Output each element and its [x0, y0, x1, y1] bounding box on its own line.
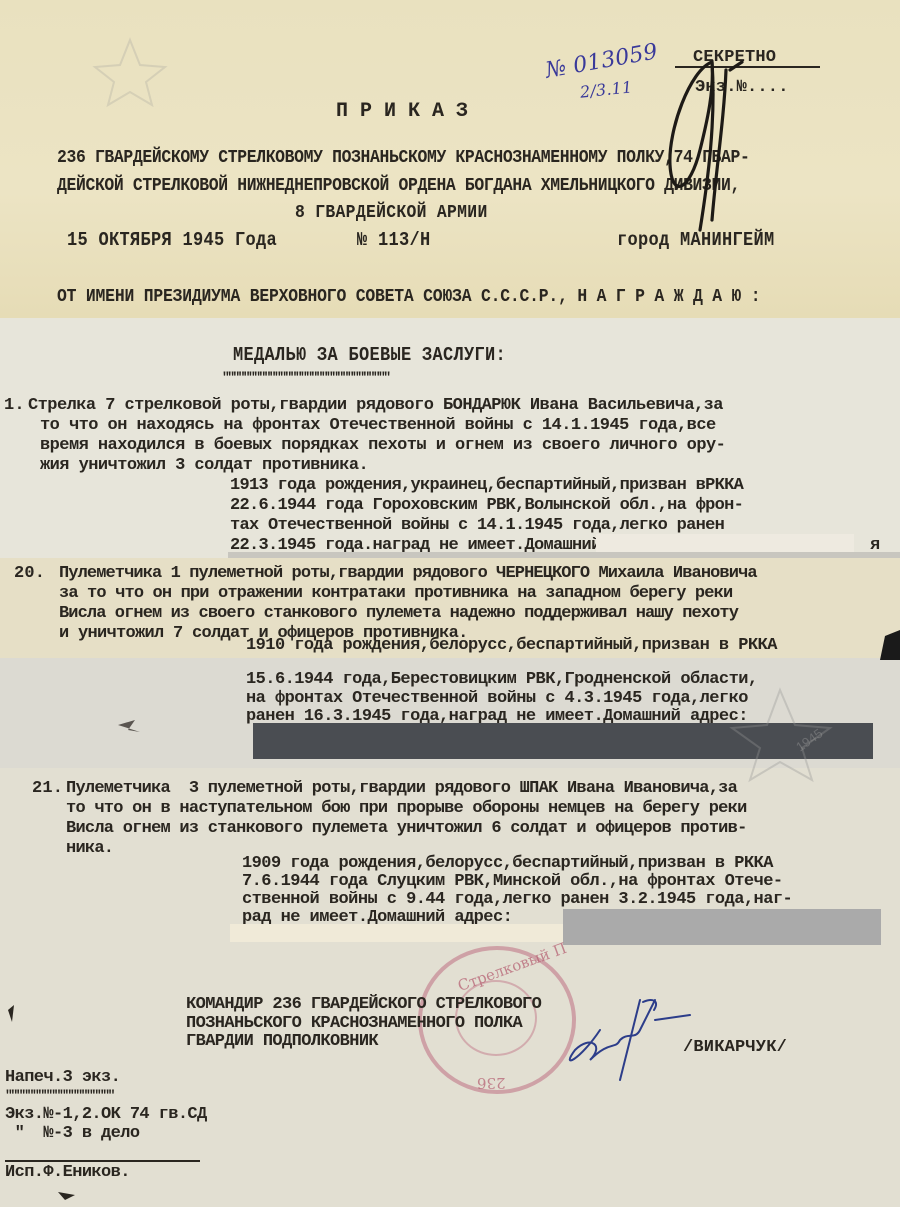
- unit-line-3: 8 ГВАРДЕЙСКОЙ АРМИИ: [295, 201, 488, 224]
- signature-line-2: ПОЗНАНЬСКОГО КРАСНОЗНАМЕННОГО ПОЛКА: [186, 1014, 522, 1034]
- unit-line-2: ДЕЙСКОЙ СТРЕЛКОВОЙ НИЖНЕДНЕПРОВСКОЙ ОРДЕ…: [57, 174, 740, 197]
- entry-citation-line: время находился в боевых порядках пехоты…: [40, 436, 725, 456]
- unit-line-1: 236 ГВАРДЕЙСКОМУ СТРЕЛКОВОМУ ПОЗНАНЬСКОМ…: [57, 146, 749, 169]
- entry-citation-line: то что он в наступательном бою при проры…: [66, 799, 747, 819]
- entry-bio-line: 1910 года рождения,белорусс,беспартийный…: [246, 636, 777, 656]
- printed-copies: Напеч.3 экз.: [5, 1068, 120, 1088]
- medal-heading: МЕДАЛЬЮ ЗА БОЕВЫЕ ЗАСЛУГИ:: [233, 345, 506, 368]
- printed-underline: """""""""""""""""""": [5, 1086, 113, 1106]
- entry-citation-line: Висла огнем из станкового пулемета уничт…: [66, 819, 747, 839]
- medal-heading-underline: """""""""""""""""""""""""""""""": [222, 368, 388, 388]
- entry-bio-line: 15.6.1944 года,Берестовицким РВК,Гроднен…: [246, 670, 758, 690]
- redacted-address: [230, 924, 570, 942]
- entry-bio-line: тах Отечественной войны с 14.1.1945 года…: [230, 516, 724, 536]
- copy-number: Экз.№....: [695, 78, 789, 98]
- entry-bio-line: ственной войны с 9.44 года,легко ранен 3…: [242, 890, 792, 910]
- order-city: город МАНИНГЕЙМ: [617, 230, 775, 253]
- redacted-address: [563, 909, 881, 945]
- document-title: ПРИКАЗ: [336, 102, 480, 122]
- order-number: № 113/Н: [357, 230, 431, 253]
- footer-rule: [5, 1160, 200, 1162]
- entry-citation-line: жия уничтожил 3 солдат противника.: [40, 456, 368, 476]
- entry-citation-line: Висла огнем из своего станкового пулемет…: [59, 604, 738, 624]
- order-date: 15 ОКТЯБРЯ 1945 Года: [67, 230, 277, 253]
- entry-number: 20.: [14, 564, 45, 584]
- executor: Исп.Ф.Еников.: [5, 1163, 130, 1183]
- entry-citation-line: за то что он при отражении контратаки пр…: [59, 584, 732, 604]
- entry-citation-line: Пулеметчика 3 пулеметной роты,гвардии ря…: [66, 779, 737, 799]
- redacted-address: [596, 534, 854, 554]
- entry-citation-line: Стрелка 7 стрелковой роты,гвардии рядово…: [28, 396, 723, 416]
- entry-bio-line: 7.6.1944 года Слуцким РВК,Минской обл.,н…: [242, 872, 783, 892]
- entry-bio-line: 1909 года рождения,белорусс,беспартийный…: [242, 854, 773, 874]
- signature-line-3: ГВАРДИИ ПОДПОЛКОВНИК: [186, 1032, 378, 1052]
- entry-number: 1.: [4, 396, 25, 416]
- classification-label: СЕКРЕТНО: [693, 48, 776, 68]
- entry-number: 21.: [32, 779, 63, 799]
- entry-bio-line: 22.6.1944 года Гороховским РВК,Волынской…: [230, 496, 743, 516]
- entry-citation-line: то что он находясь на фронтах Отечествен…: [40, 416, 716, 436]
- award-statement: ОТ ИМЕНИ ПРЕЗИДИУМА ВЕРХОВНОГО СОВЕТА СО…: [57, 285, 760, 308]
- entry-bio-line: на фронтах Отечественной войны с 4.3.194…: [246, 689, 748, 709]
- signature-line-1: КОМАНДИР 236 ГВАРДЕЙСКОГО СТРЕЛКОВОГО: [186, 995, 541, 1015]
- entry-bio-line: 1913 года рождения,украинец,беспартийный…: [230, 476, 743, 496]
- classification-underline: [675, 66, 820, 68]
- redacted-address: [253, 723, 873, 759]
- entry-citation-line: ника.: [66, 839, 113, 859]
- copy-distribution-3: " №-3 в дело: [5, 1124, 139, 1144]
- copy-distribution-1: Экз.№-1,2.ОК 74 гв.СД: [5, 1105, 207, 1125]
- entry-citation-line: Пулеметчика 1 пулеметной роты,гвардии ря…: [59, 564, 757, 584]
- regiment-seal-bottom-text: 236: [477, 1074, 506, 1092]
- commander-name: /ВИКАРЧУК/: [683, 1038, 787, 1058]
- redaction-strip: [228, 552, 900, 558]
